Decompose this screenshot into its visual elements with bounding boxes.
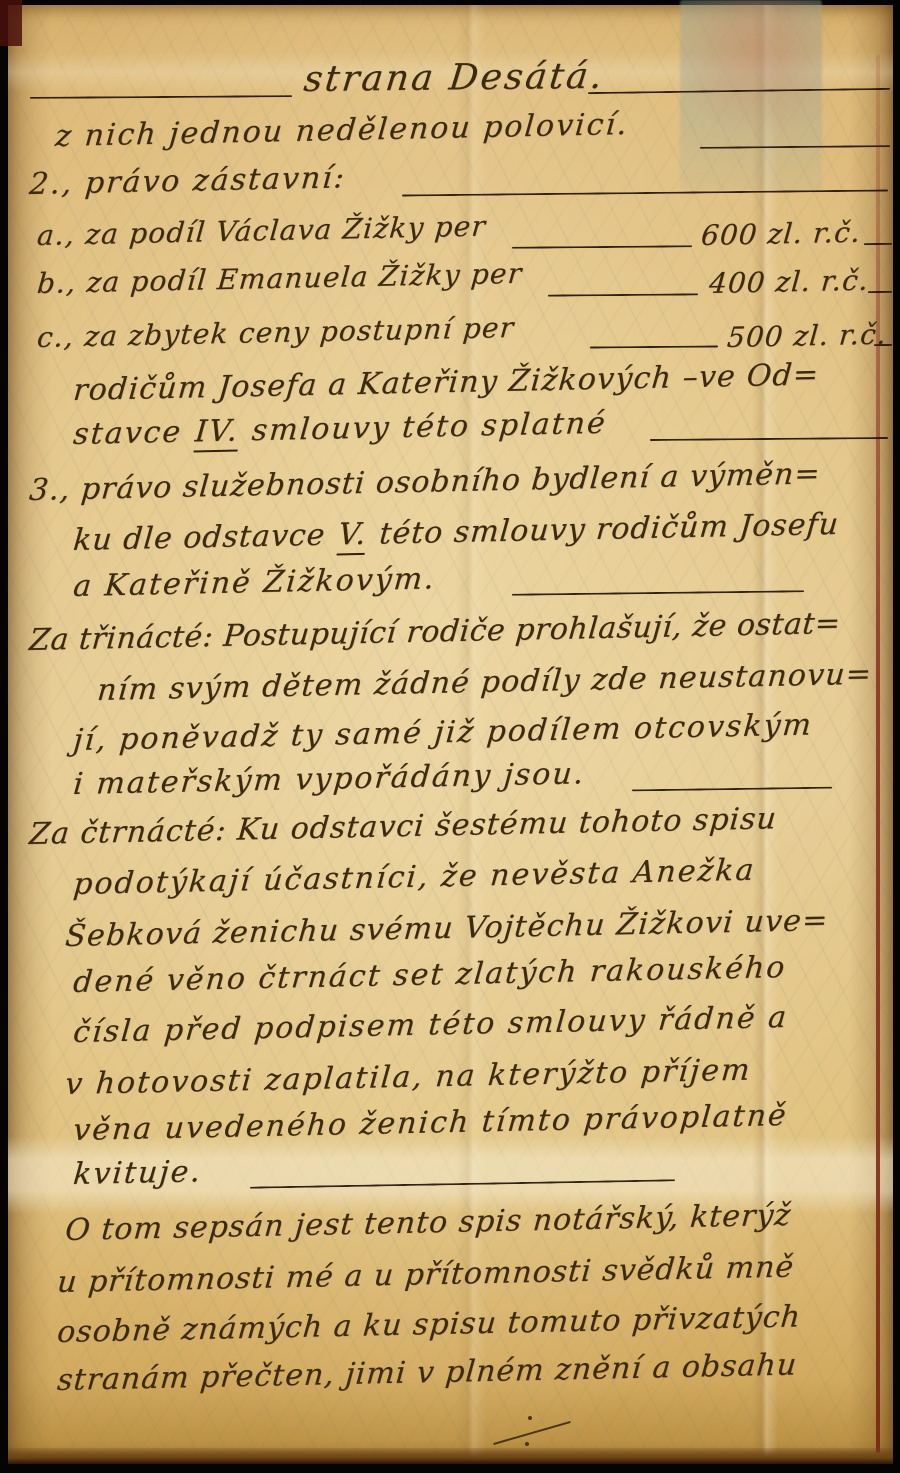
- corner-ink-blotch: [0, 0, 22, 46]
- amount-value: 600 zl. r.č.: [700, 219, 862, 250]
- manuscript-line: 2., právo zástavní:: [28, 163, 347, 200]
- underlined-clause-number: V.: [337, 517, 368, 556]
- scanned-manuscript-page: strana Desátá. z nich jednou nedělenou p…: [0, 0, 900, 1473]
- filler-rule: [868, 291, 892, 293]
- manuscript-line: kvituje.: [72, 1157, 203, 1190]
- line-fragment: stavce: [72, 415, 184, 452]
- ink-dot: [525, 1442, 529, 1446]
- page-bottom-edge-shadow: [8, 1448, 893, 1464]
- page-heading: strana Desátá.: [302, 59, 606, 98]
- ink-dot: [528, 1416, 532, 1420]
- line-fragment: smlouvy této splatné: [250, 406, 608, 449]
- filler-rule: [874, 344, 892, 346]
- line-fragment: ku dle odstavce: [72, 518, 327, 558]
- amount-value: 500 zl. r.č.: [726, 321, 888, 352]
- filler-rule: [864, 243, 892, 245]
- manuscript-line: a Kateřině Žižkovým.: [72, 564, 437, 602]
- underlined-clause-number: IV.: [193, 413, 240, 452]
- amount-value: 400 zl. r.č.: [708, 267, 870, 298]
